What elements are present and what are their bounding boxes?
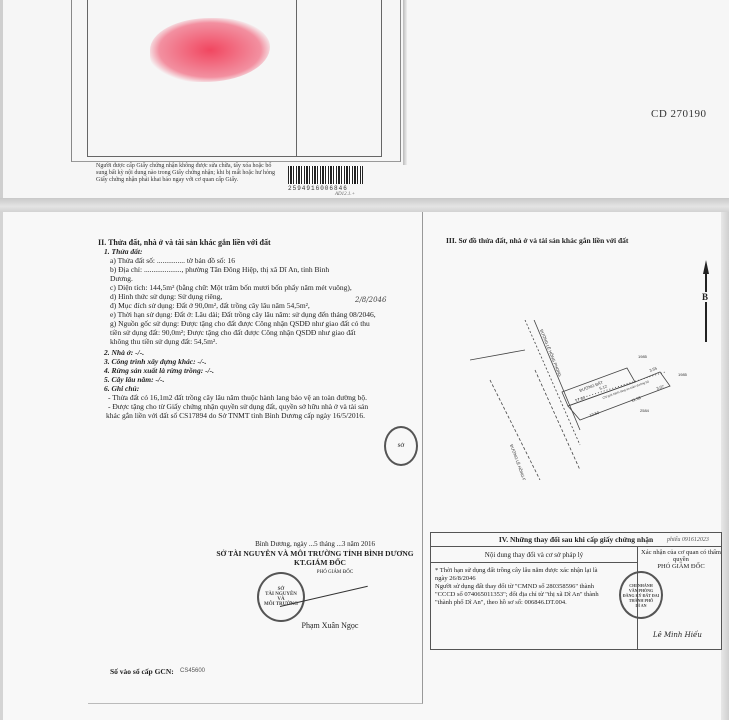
compass-label: B (702, 292, 708, 302)
barcode-note: AD12.1.+ (335, 192, 355, 197)
signer-name: Phạm Xuân Ngọc (290, 621, 370, 630)
page-gap (0, 198, 729, 212)
branch-seal: CHI NHÁNH VĂN PHÒNG ĐĂNG KÝ ĐẤT ĐAI THÀN… (619, 571, 663, 619)
svg-text:2584: 2584 (640, 408, 650, 413)
column-header-content: Nội dung thay đổi và cơ sở pháp lý (431, 547, 637, 563)
certificate-back-page: Người được cấp Giấy chứng nhận không đượ… (0, 0, 729, 198)
registry-value: CS45600 (180, 667, 205, 676)
item-notes-heading: 6. Ghi chú: (104, 384, 139, 393)
parcel-map: ĐƯỜNG LÊ HỒNG PHONG ĐƯỜNG LÊ HỒNG PHONG … (470, 320, 729, 480)
land-heading: 1. Thửa đất: (104, 247, 142, 256)
official-seal: SỞ TÀI NGUYÊN VÀ MÔI TRƯỜNG (257, 572, 305, 622)
item-forest: 4. Rừng sản xuất là rừng trồng: -/-. (104, 366, 214, 375)
land-line: không thu tiền sử dụng đất: 54,5m². (110, 337, 217, 346)
handwritten-reference: phiếu 091612023 (667, 537, 709, 543)
certificate-serial: CD 270190 (651, 108, 707, 120)
page-fold (403, 0, 407, 165)
change-content: * Thời hạn sử dụng đất trồng cây lâu năm… (435, 567, 635, 607)
item-house: 2. Nhà ở: -/-. (104, 348, 144, 357)
svg-text:11.58: 11.58 (631, 395, 643, 403)
issuing-authority: SỞ TÀI NGUYÊN VÀ MÔI TRƯỜNG TỈNH BÌNH DƯ… (195, 549, 435, 558)
seal-stamp: SỞ (384, 426, 418, 466)
deputy-title: PHÓ GIÁM ĐỐC (300, 570, 370, 575)
land-line: đ) Mục đích sử dụng: Đất ở 90,0m², đất t… (110, 301, 310, 310)
item-perennial: 5. Cây lâu năm: -/-. (104, 375, 164, 384)
land-line: a) Thửa đất số: ............... tờ bản đ… (110, 256, 235, 265)
handwritten-date: 2/8/2046 (355, 296, 386, 304)
table-divider (296, 0, 297, 157)
svg-text:1985: 1985 (638, 354, 648, 359)
svg-text:12.50: 12.50 (589, 410, 601, 418)
change-signer-name: Lê Minh Hiếu (653, 631, 702, 639)
svg-text:ĐƯỜNG LÊ HỒNG PHONG: ĐƯỜNG LÊ HỒNG PHONG (539, 329, 563, 378)
svg-text:1985: 1985 (678, 372, 688, 377)
note-line: - Được tặng cho từ Giấy chứng nhận quyền… (108, 402, 368, 411)
barcode (288, 166, 363, 184)
land-line: b) Địa chỉ: ...................., phường… (110, 265, 329, 274)
section-2-title: II. Thửa đất, nhà ở và tài sản khác gắn … (98, 238, 271, 247)
land-line: g) Nguồn gốc sử dụng: Được tặng cho đất … (110, 319, 370, 328)
svg-text:Chỉ giới hành lang an toàn đườ: Chỉ giới hành lang an toàn đường bộ (602, 379, 650, 400)
item-construction: 3. Công trình xây dựng khác: -/-. (104, 357, 206, 366)
changes-table: IV. Những thay đổi sau khi cấp giấy chứn… (430, 532, 722, 650)
land-line: c) Diện tích: 144,5m² (bằng chữ: Một tră… (110, 283, 352, 292)
place-date: Bình Dương, ngày ...5 tháng ...3 năm 201… (215, 540, 415, 548)
registry-label: Số vào sổ cấp GCN: (110, 667, 174, 676)
land-line: d) Hình thức sử dụng: Sử dụng riêng, (110, 292, 222, 301)
section-3-title: III. Sơ đồ thửa đất, nhà ở và tài sản kh… (446, 236, 628, 245)
director-title: KT.GIÁM ĐỐC (270, 558, 370, 567)
svg-text:3.55: 3.55 (649, 365, 659, 373)
land-line: e) Thời hạn sử dụng: Đất ở: Lâu dài; Đất… (110, 310, 376, 319)
svg-text:ĐƯỜNG LÊ HỒNG PHONG: ĐƯỜNG LÊ HỒNG PHONG (509, 444, 531, 480)
note-line: khác gắn liền với đất số CS17894 do Sở T… (106, 411, 365, 420)
barcode-number: 2594916006846 (288, 185, 363, 192)
land-line: Dương. (110, 274, 133, 283)
note-line: - Thửa đất có 16,1m2 đất trồng cây lâu n… (108, 393, 367, 402)
column-header-authority: Xác nhận của cơ quan có thẩm quyền PHÓ G… (641, 549, 721, 570)
certificate-notice: Người được cấp Giấy chứng nhận không đượ… (96, 163, 281, 184)
land-line: tiền sử dụng đất: 90,0m²; Được tặng cho … (110, 328, 356, 337)
